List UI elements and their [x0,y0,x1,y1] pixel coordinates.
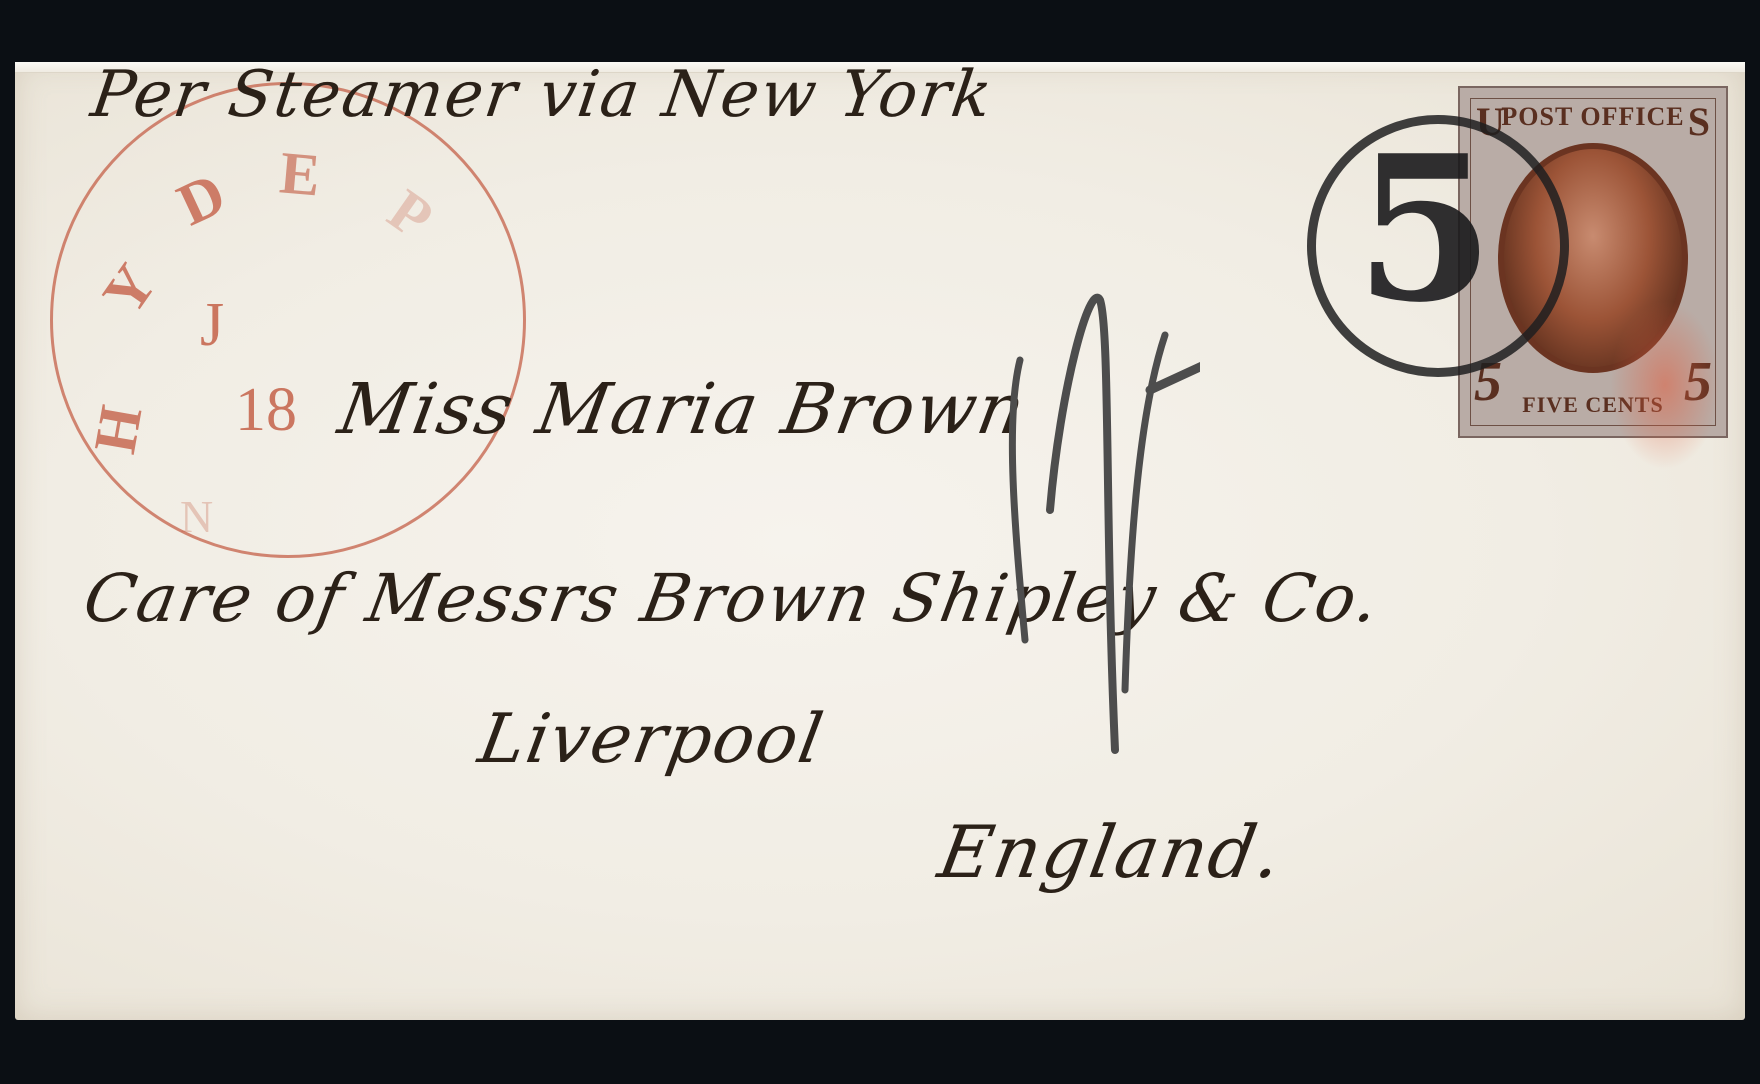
postmark-bottom-letter: N [180,490,213,543]
handwriting-country: England. [933,810,1290,894]
handwriting-city: Liverpool [473,700,830,779]
handwriting-routing-note: Per Steamer via New York [87,58,998,132]
stamp-top-text: POST OFFICE [1478,102,1708,132]
red-cancel-mark [1610,300,1720,470]
postmark-letter: E [277,138,323,210]
handwriting-addressee: Miss Maria Brown [333,368,1033,450]
postmark-month: J [200,290,224,361]
pencil-rate-marking [990,270,1200,770]
postmark-day: 18 [235,375,297,446]
black-postmark-numeral: 5 [1355,130,1494,330]
